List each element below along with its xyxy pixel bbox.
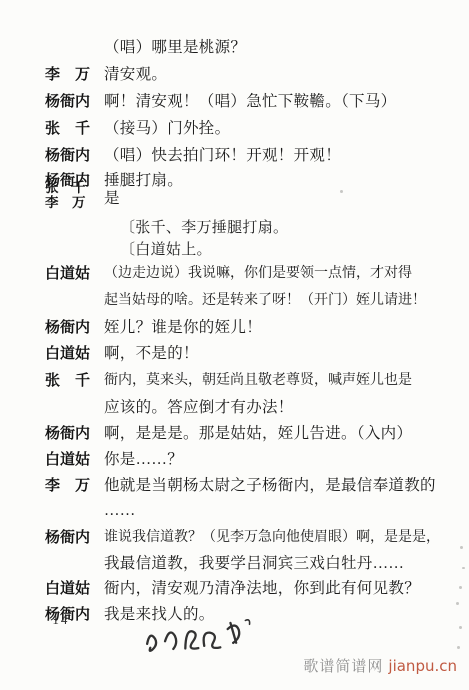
speaker-name: 杨衙内	[45, 91, 107, 112]
speaker-name: 杨衙内	[45, 145, 107, 166]
dialog-text: 啊！清安观！（唱）急忙下鞍韂。（下马）	[104, 91, 396, 112]
ink-speck	[459, 626, 462, 629]
script-line: 应该的。答应倒才有办法！	[0, 397, 469, 421]
script-line: 白道姑衙内，清安观乃清净法地，你到此有何见教？	[0, 578, 469, 602]
script-line: 杨衙内（唱）快去拍门环！开观！开观！	[0, 145, 469, 169]
script-line: 我最信道教，我要学吕洞宾三戏白牡丹……	[0, 553, 469, 577]
script-line: 杨衙内啊！清安观！（唱）急忙下鞍韂。（下马）	[0, 91, 469, 115]
dialog-text: 清安观。	[104, 64, 167, 85]
dialog-text: 应该的。答应倒才有办法！	[104, 397, 294, 418]
script-line: 白道姑你是……？	[0, 449, 469, 473]
script-line: 张 千衙内，莫来头，朝廷尚且敬老尊贤，喊声姪儿也是	[0, 370, 469, 394]
speaker-name: 李 万	[45, 475, 107, 496]
ink-speck	[456, 602, 459, 605]
ink-speck	[457, 646, 460, 649]
stage-direction-text: 〔张千、李万捶腿打扇。	[120, 218, 288, 239]
script-line: （唱）哪里是桃源？	[0, 37, 469, 61]
watermark: 歌谱简谱网jianpu.cn	[303, 655, 457, 676]
handwritten-scribble	[137, 614, 264, 664]
watermark-site-name: 歌谱简谱网	[303, 659, 383, 675]
dialog-text: （接马）门外拴。	[104, 118, 230, 139]
ink-speck	[459, 586, 462, 589]
dialog-text: 他就是当朝杨太尉之子杨衙内，是最信奉道教的	[104, 475, 436, 496]
dialog-text: 是	[104, 188, 120, 209]
dialog-text: 姪儿？谁是你的姪儿！	[104, 317, 262, 338]
speaker-name: 白道姑	[45, 343, 107, 364]
dialog-text: （唱）快去拍门环！开观！开观！	[104, 145, 341, 166]
stage-direction-line: 〔白道姑上。	[0, 240, 469, 264]
speaker-name: 张 千	[45, 118, 107, 139]
ink-speck	[462, 567, 465, 569]
speaker-name: 张 千	[45, 370, 107, 391]
speaker-name: 李 万	[45, 196, 107, 211]
speaker-name: 白道姑	[45, 578, 107, 599]
page-number: ·14·	[46, 612, 76, 628]
dialog-text: 你是……？	[104, 449, 183, 470]
script-line: 起当姑母的啥。还是转来了呀！（开门）姪儿请进！	[0, 290, 469, 314]
dialog-text: 衙内，莫来头，朝廷尚且敬老尊贤，喊声姪儿也是	[104, 370, 412, 391]
speaker-name: 杨衙内	[45, 423, 107, 444]
script-line: 张 千（接马）门外拴。	[0, 118, 469, 142]
script-line: 李 万他就是当朝杨太尉之子杨衙内，是最信奉道教的	[0, 475, 469, 499]
script-line: 白道姑啊，不是的！	[0, 343, 469, 367]
script-line: 杨衙内姪儿？谁是你的姪儿！	[0, 317, 469, 341]
dialog-text: 衙内，清安观乃清净法地，你到此有何见教？	[104, 578, 420, 599]
ink-speck	[340, 190, 343, 193]
speaker-name-stack: 张 千李 万	[45, 181, 107, 210]
dialog-text: 起当姑母的啥。还是转来了呀！（开门）姪儿请进！	[104, 290, 426, 311]
script-line: 李 万清安观。	[0, 64, 469, 88]
scanned-script-page: （唱）哪里是桃源？李 万清安观。杨衙内啊！清安观！（唱）急忙下鞍韂。（下马）张 …	[0, 0, 469, 690]
dialog-text: 啊，不是的！	[104, 343, 199, 364]
speaker-name: 白道姑	[45, 263, 107, 284]
sung-verse-text: （唱）哪里是桃源？	[104, 37, 246, 58]
watermark-url: jianpu.cn	[388, 657, 457, 675]
script-line: 白道姑（边走边说）我说嘛，你们是要领一点情，才对得	[0, 263, 469, 287]
dialog-text: 谁说我信道教？（见李万急向他使眉眼）啊，是是是，	[104, 527, 440, 548]
script-line: ……	[0, 500, 469, 524]
dialog-text: ……	[104, 500, 136, 521]
speaker-name: 张 千	[45, 181, 107, 196]
stage-direction-line: 〔张千、李万捶腿打扇。	[0, 218, 469, 242]
script-line: 张 千李 万是	[0, 181, 469, 213]
dialog-text: 我最信道教，我要学吕洞宾三戏白牡丹……	[104, 553, 404, 574]
ink-speck	[460, 546, 463, 549]
script-line: 杨衙内谁说我信道教？（见李万急向他使眉眼）啊，是是是，	[0, 527, 469, 551]
dialog-text: 啊，是是是。那是姑姑，姪儿告进。（入内）	[104, 423, 412, 444]
dialog-text: （边走边说）我说嘛，你们是要领一点情，才对得	[104, 263, 412, 284]
stage-direction-text: 〔白道姑上。	[120, 240, 212, 261]
speaker-name: 李 万	[45, 64, 107, 85]
speaker-name: 白道姑	[45, 449, 107, 470]
speaker-name: 杨衙内	[45, 527, 107, 548]
script-line: 杨衙内啊，是是是。那是姑姑，姪儿告进。（入内）	[0, 423, 469, 447]
speaker-name: 杨衙内	[45, 317, 107, 338]
